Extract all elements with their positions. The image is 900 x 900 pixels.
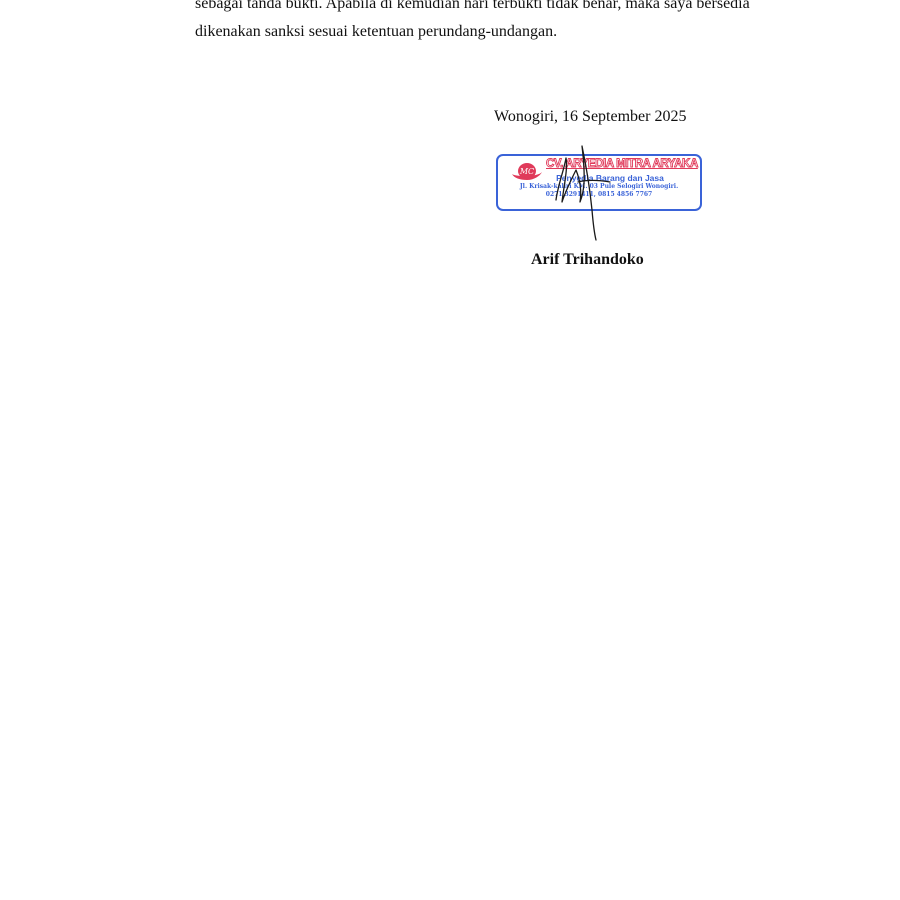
statement-line-2: dikenakan sanksi sesuai ketentuan perund… — [195, 22, 557, 42]
signature-block: MC CV. ARYEDIA MITRA ARYAKA Penyedia Bar… — [494, 140, 708, 245]
statement-line-1: sebagai tanda bukti. Apabila di kemudian… — [195, 0, 750, 14]
place-date: Wonogiri, 16 September 2025 — [494, 107, 686, 127]
handwritten-signature-icon — [494, 140, 708, 245]
signer-name: Arif Trihandoko — [531, 250, 644, 270]
